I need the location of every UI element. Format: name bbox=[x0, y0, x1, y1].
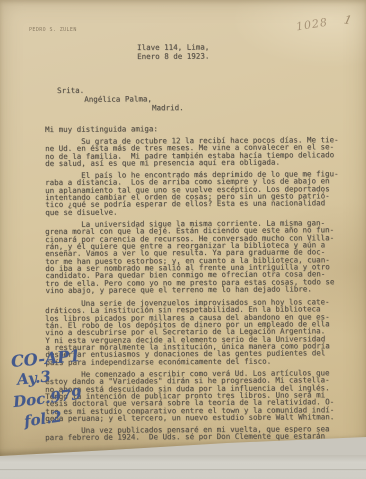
bottom-right-pencil-mark: 11 bbox=[328, 437, 344, 451]
archival-tick-pencil-mark: 1 bbox=[343, 12, 353, 27]
scanner-background bbox=[0, 455, 366, 479]
scan-area: PEDRO S. ZULEN 1028 1 Ilave 114, Lima, E… bbox=[0, 0, 366, 479]
margin-note-series-code: Ay.3 bbox=[16, 367, 51, 388]
letter-paragraph: La universidad sigue la misma corriente.… bbox=[45, 220, 355, 295]
letter-paragraph: Una serie de jovenzuelos improvisados so… bbox=[45, 298, 355, 366]
letter-paragraph: Su grata de octubre 12 la recibí hace po… bbox=[45, 136, 355, 167]
background-sheet-edge bbox=[0, 469, 366, 471]
letter-paragraph: Una vez publicados pensaré en mi vuelta,… bbox=[45, 425, 355, 442]
letterhead: PEDRO S. ZULEN bbox=[29, 27, 77, 33]
letter-body: Su grata de octubre 12 la recibí hace po… bbox=[45, 138, 355, 447]
letter-paragraph: He comenzado a escribir como verá Ud. Lo… bbox=[45, 369, 355, 422]
salutation: Mi muy distinguida amiga: bbox=[45, 125, 158, 133]
archival-number-pencil-mark: 1028 bbox=[295, 16, 329, 34]
letter-paper: PEDRO S. ZULEN 1028 1 Ilave 114, Lima, E… bbox=[0, 0, 366, 462]
letter-paragraph: El país lo he encontrado más deprimido d… bbox=[45, 170, 355, 216]
recipient-address-block: Srita. Angélica Palma, Madrid. bbox=[57, 85, 184, 113]
dateline: Ilave 114, Lima, Enero 8 de 1923. bbox=[137, 42, 209, 61]
